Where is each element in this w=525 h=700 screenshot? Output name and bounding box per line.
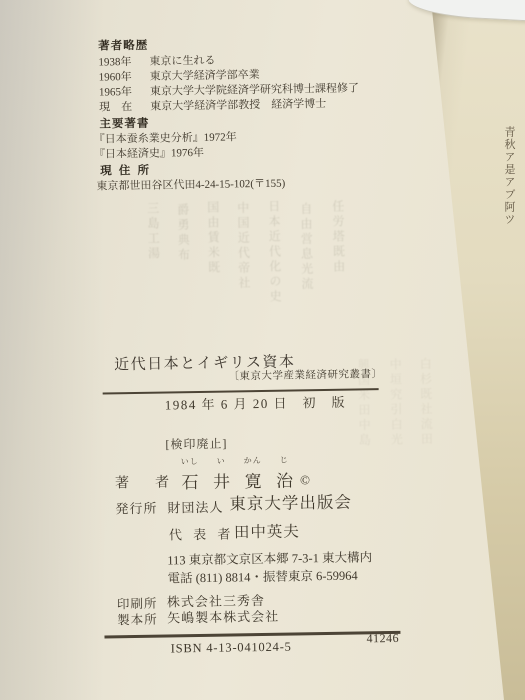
isbn-text: ISBN 4-13-041024-5 — [171, 640, 292, 656]
author-bio-heading: 著者略歴 — [98, 40, 148, 54]
bio-year: 現 在 — [99, 101, 146, 114]
publisher-phone-line: 電話 (811) 8814・振替東京 6-59964 — [167, 569, 357, 586]
kanji: 石 — [181, 468, 198, 493]
kanji: 治 — [276, 467, 293, 492]
furigana: い — [217, 456, 226, 467]
author-label: 著 者 — [115, 471, 175, 494]
kanji: 寛 — [244, 467, 261, 492]
series-name: 〔東京大学産業経済研究叢書〕 — [228, 369, 382, 383]
ghost-column: 任労塔既由 — [330, 200, 350, 370]
book-photo: 三島工湯 爵勇典布 国由賃米既 中国近代帝社 日本近代化の史 自由営息光流 任労… — [0, 0, 525, 700]
residence-heading: 現 住 所 — [100, 165, 151, 179]
bio-year: 1960年 — [99, 71, 146, 84]
work-item: 『日本蚕糸業史分析』1972年 — [94, 131, 237, 146]
ghost-column: 興国米田中島 — [355, 358, 377, 648]
representative-label: 代 表 者 — [169, 527, 235, 543]
seal-abolition-note: [検印廃止] — [165, 438, 227, 453]
bio-year: 1965年 — [99, 86, 146, 99]
printer-label: 印刷所 — [117, 597, 158, 612]
furigana: じ — [280, 455, 289, 466]
edition-date: 1984 年 6 月 20 日 初 版 — [165, 396, 346, 414]
publisher-name: 東京大学出版会 — [229, 494, 352, 515]
author-row: 著 者 いし 石 い 井 かん 寛 じ 治 © — [115, 454, 310, 494]
bio-text: 東京大学経済学部教授 経済学博士 — [150, 98, 326, 113]
bio-text: 東京大学経済学部卒業 — [150, 69, 260, 83]
ghost-column: 三島工湯 — [145, 202, 165, 372]
kanji: 井 — [213, 468, 230, 493]
book-code: 41246 — [366, 632, 399, 646]
furigana: いし — [181, 456, 199, 467]
adjacent-page-text: 青秋ア是アブ阿ツ — [501, 126, 517, 226]
bio-text: 東京に生れる — [149, 55, 215, 69]
bio-row: 1965年 東京大学大学院経済学研究科博士課程修了 — [99, 82, 359, 99]
bio-row: 1960年 東京大学経済学部卒業 — [99, 69, 260, 84]
bio-text: 東京大学大学院経済学研究科博士課程修了 — [150, 82, 359, 98]
ghost-column: 爵勇典布 — [175, 203, 195, 373]
copyright-symbol: © — [300, 472, 310, 491]
representative-name: 田中英夫 — [234, 523, 300, 542]
ghost-column: 中垣究引白光 — [387, 358, 409, 648]
divider-line-bottom — [104, 631, 400, 638]
bio-year: 1938年 — [98, 56, 145, 69]
work-item: 『日本経済史』1976年 — [94, 147, 204, 161]
residence-address: 東京都世田谷区代田4-24-15-102(〒155) — [96, 178, 285, 194]
ghost-column: 日本近代化の史 — [266, 200, 286, 370]
ghost-column: 国由賃米既 — [205, 201, 225, 371]
binder-name: 矢嶋製本株式会社 — [167, 610, 279, 627]
author-name-char: じ 治 — [276, 455, 294, 492]
publisher-address-line: 113 東京都文京区本郷 7-3-1 東大構内 — [167, 550, 372, 568]
ghost-column: 中国近代帝社 — [235, 201, 255, 371]
publisher-org: 財団法人 — [167, 501, 223, 517]
furigana: かん — [244, 455, 262, 466]
author-name-char: い 井 — [213, 456, 231, 493]
ghost-column: 自由営息光流 — [298, 202, 318, 372]
bio-row: 現 在 東京大学経済学部教授 経済学博士 — [99, 98, 326, 114]
publisher-label: 発行所 — [115, 502, 157, 518]
bio-row: 1938年 東京に生れる — [98, 55, 215, 69]
author-name-char: かん 寛 — [244, 455, 263, 492]
ghost-column: 白杉既社流田 — [417, 357, 439, 647]
divider-line-top — [103, 388, 379, 394]
printer-name: 株式会社三秀舎 — [167, 594, 265, 610]
author-name-char: いし 石 — [181, 456, 200, 493]
binder-label: 製本所 — [117, 613, 158, 628]
major-works-heading: 主要著書 — [99, 118, 149, 132]
